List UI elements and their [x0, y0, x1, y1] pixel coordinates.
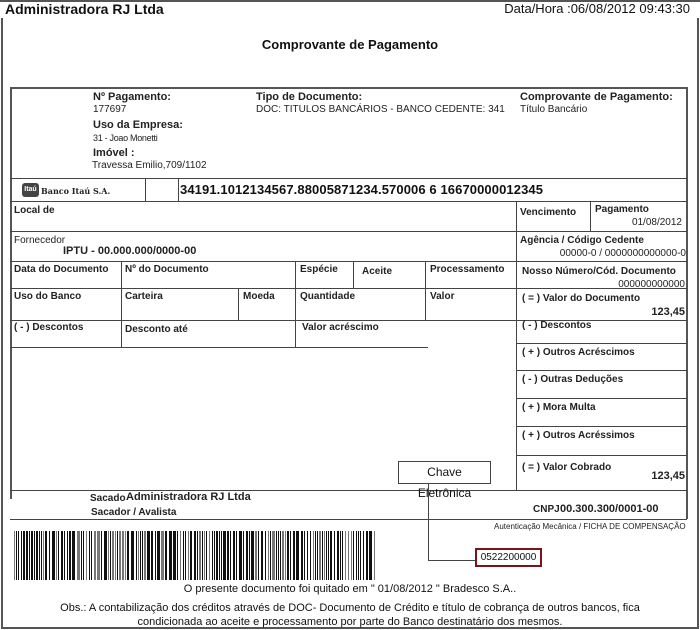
- aceite-label: Aceite: [362, 266, 392, 277]
- especie-label: Espécie: [300, 264, 338, 275]
- bank-row-divider-1: [145, 178, 146, 201]
- observacao-line-1: Obs.: A contabilização dos créditos atra…: [0, 601, 700, 615]
- carteira-label: Carteira: [125, 291, 163, 302]
- imovel-value: Travessa Emilio,709/1102: [92, 160, 207, 171]
- pagamento-date-value: 01/08/2012: [632, 217, 682, 228]
- right-row-divider: [516, 426, 687, 427]
- row-divider-3: [10, 288, 687, 289]
- slip-left-border: [10, 87, 12, 499]
- uso-empresa-label: Uso da Empresa:: [93, 119, 183, 131]
- sacado-top-border: [10, 490, 687, 491]
- sacado-value: Administradora RJ Ltda: [126, 491, 251, 503]
- right-row-divider: [516, 455, 687, 456]
- autenticacao-label: Autenticação Mecânica / FICHA DE COMPENS…: [494, 522, 686, 531]
- sacado-label: Sacado: [90, 493, 126, 504]
- imovel-label: Imóvel :: [93, 147, 135, 159]
- chave-eletronica-label: Chave Eletrônica: [398, 461, 491, 484]
- fornecedor-value: IPTU - 00.000.000/0000-00: [63, 245, 196, 257]
- desconto-ate-label: Desconto até: [125, 324, 188, 335]
- row-divider-1: [10, 231, 687, 232]
- col-divider-d: [425, 261, 426, 321]
- num-documento-label: Nº do Documento: [125, 264, 209, 275]
- sacado-bottom-border: [10, 519, 687, 520]
- linha-digitavel: 34191.1012134567.88005871234.570006 6 16…: [180, 182, 543, 197]
- col-divider-e: [238, 288, 239, 320]
- col-divider-b: [295, 261, 296, 347]
- pagamento-date-label: Pagamento: [595, 204, 649, 215]
- row-divider-2: [10, 261, 687, 262]
- print-datetime: Data/Hora :06/08/2012 09:43:30: [504, 1, 690, 16]
- quantidade-label: Quantidade: [300, 291, 355, 302]
- fornecedor-label: Fornecedor: [14, 235, 65, 246]
- right-row-label: ( - ) Descontos: [522, 320, 591, 331]
- uso-empresa-value: 31 - Joao Monetti: [93, 133, 157, 143]
- cnpj-value: 00.300.300/0001-00: [560, 503, 658, 515]
- right-column-border: [516, 201, 517, 490]
- uso-banco-label: Uso do Banco: [14, 291, 81, 302]
- tipo-documento-value: DOC: TITULOS BANCÁRIOS - BANCO CEDENTE: …: [256, 104, 505, 115]
- right-row-divider: [516, 370, 687, 371]
- right-row-label: ( + ) Outros Acréscimos: [522, 347, 635, 358]
- valor-cobrado-label: ( = ) Valor Cobrado: [522, 462, 611, 473]
- page-title: Comprovante de Pagamento: [0, 37, 700, 52]
- col-divider-a: [121, 261, 122, 347]
- chave-connector-horizontal: [428, 560, 476, 561]
- observacao-text: Obs.: A contabilização dos créditos atra…: [0, 601, 700, 629]
- col-divider-c: [353, 261, 354, 288]
- tipo-documento-label: Tipo de Documento:: [256, 91, 362, 103]
- right-row-divider: [516, 398, 687, 399]
- valor-cobrado-value: 123,45: [651, 470, 685, 482]
- observacao-line-2: condicionada ao aceite e processamento p…: [0, 615, 700, 629]
- pagamento-value: 177697: [93, 104, 126, 115]
- local-label: Local de: [14, 205, 55, 216]
- vencimento-divider: [590, 201, 591, 231]
- agencia-label: Agência / Código Cedente: [520, 235, 644, 246]
- sacador-label: Sacador / Avalista: [91, 507, 176, 518]
- descontos-left-label: ( - ) Descontos: [14, 322, 83, 333]
- pagamento-label: Nº Pagamento:: [93, 91, 171, 103]
- chave-eletronica-value: 0522200000: [475, 548, 542, 567]
- quitado-text: O presente documento foi quitado em " 01…: [0, 583, 700, 595]
- info-top-border: [10, 87, 687, 89]
- nosso-numero-label: Nosso Número/Cód. Documento: [522, 266, 676, 277]
- bank-row-bottom: [10, 201, 687, 202]
- barcode-image: [14, 531, 379, 580]
- valor-documento-label: ( = ) Valor do Documento: [522, 293, 640, 304]
- bank-name: Banco Itaú S.A.: [41, 186, 110, 196]
- right-row-label: ( + ) Outros Acréssimos: [522, 430, 635, 441]
- processamento-label: Processamento: [430, 264, 504, 275]
- cnpj-label: CNPJ: [533, 504, 560, 515]
- data-documento-label: Data do Documento: [14, 264, 108, 275]
- bank-row-divider-2: [178, 178, 179, 201]
- right-row-label: ( - ) Outras Deduções: [522, 374, 623, 385]
- bank-row-top: [10, 178, 687, 179]
- comprovante-value: Título Bancário: [520, 104, 587, 115]
- moeda-label: Moeda: [243, 291, 275, 302]
- agencia-value: 00000-0 / 0000000000000-0: [560, 248, 686, 259]
- comprovante-label: Comprovante de Pagamento:: [520, 91, 673, 103]
- right-row-label: ( + ) Mora Multa: [522, 402, 596, 413]
- valor-label: Valor: [430, 291, 454, 302]
- right-row-divider: [516, 343, 687, 344]
- valor-documento-value: 123,45: [651, 306, 685, 318]
- company-name: Administradora RJ Ltda: [5, 1, 164, 17]
- left-grid-bottom: [10, 347, 428, 348]
- vencimento-label: Vencimento: [520, 207, 576, 218]
- itau-logo-icon: Itaú: [22, 183, 39, 197]
- valor-acrescimo-label: Valor acréscimo: [302, 322, 379, 333]
